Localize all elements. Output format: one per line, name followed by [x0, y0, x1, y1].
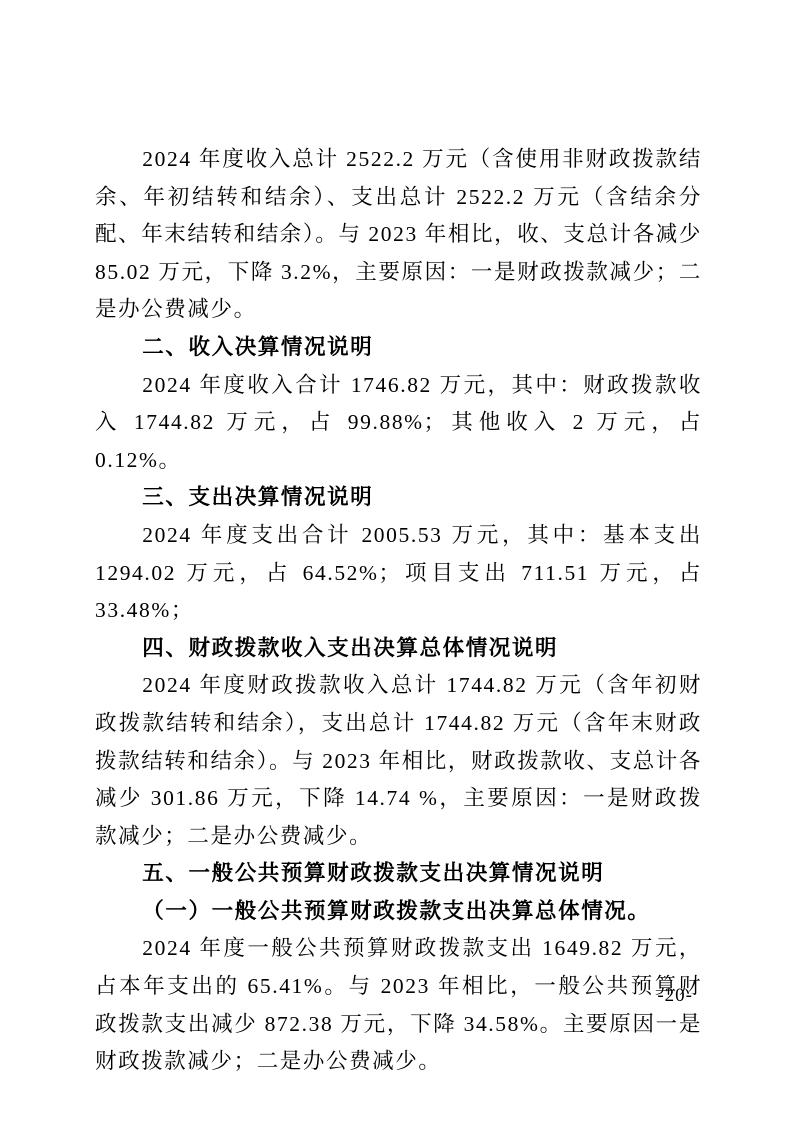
document-content: 2024 年度收入总计 2522.2 万元（含使用非财政拨款结余、年初结转和结余…	[95, 141, 702, 1081]
section-heading-2-income: 二、收入决算情况说明	[95, 329, 702, 367]
paragraph-fiscal-appropriation-detail: 2024 年度财政拨款收入总计 1744.82 万元（含年初财政拨款结转和结余）…	[95, 667, 702, 855]
paragraph-expense-detail: 2024 年度支出合计 2005.53 万元，其中：基本支出 1294.02 万…	[95, 517, 702, 630]
section-heading-5-public-budget: 五、一般公共预算财政拨款支出决算情况说明	[95, 855, 702, 893]
paragraph-public-budget-detail: 2024 年度一般公共预算财政拨款支出 1649.82 万元，占本年支出的 65…	[95, 930, 702, 1080]
section-heading-3-expense: 三、支出决算情况说明	[95, 479, 702, 517]
document-page: 2024 年度收入总计 2522.2 万元（含使用非财政拨款结余、年初结转和结余…	[0, 0, 793, 1122]
section-heading-4-fiscal-appropriation: 四、财政拨款收入支出决算总体情况说明	[95, 630, 702, 668]
subsection-heading-5-1-overall: （一）一般公共预算财政拨款支出决算总体情况。	[95, 893, 702, 931]
page-number: -20-	[657, 985, 693, 1007]
paragraph-income-expense-total: 2024 年度收入总计 2522.2 万元（含使用非财政拨款结余、年初结转和结余…	[95, 141, 702, 329]
paragraph-income-detail: 2024 年度收入合计 1746.82 万元，其中：财政拨款收入 1744.82…	[95, 367, 702, 480]
